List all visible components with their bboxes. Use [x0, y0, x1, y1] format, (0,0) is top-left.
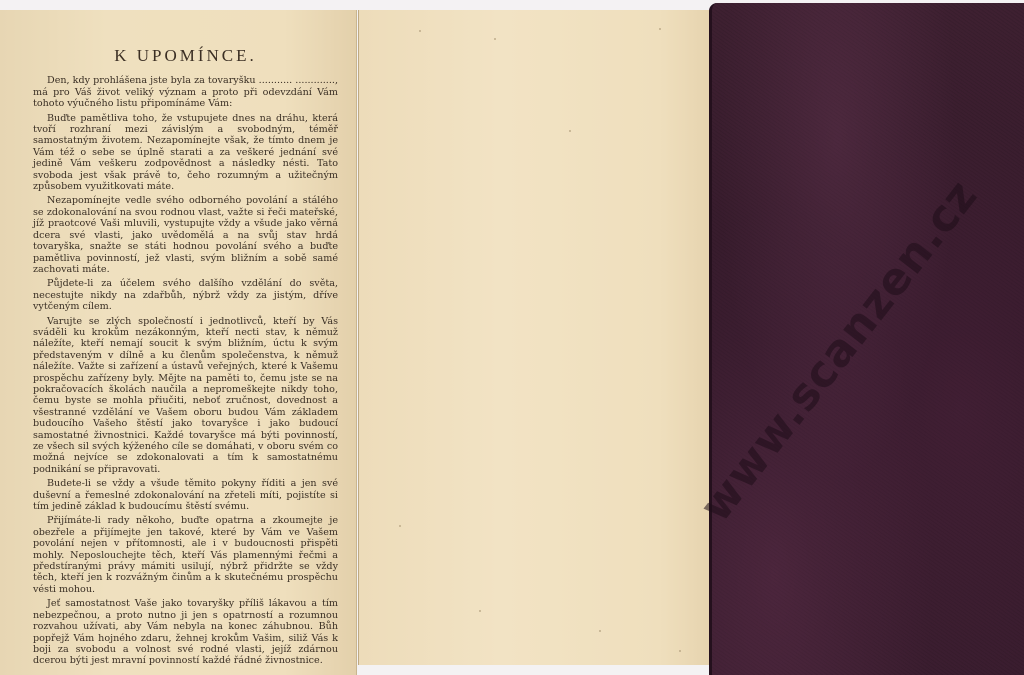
- paper-speck: [494, 38, 496, 40]
- paper-speck: [479, 610, 481, 612]
- paragraph: Den, kdy prohlášena jste byla za tovaryš…: [33, 75, 338, 109]
- paragraph: Varujte se zlých společností i jednotliv…: [33, 316, 338, 476]
- document-title: K UPOMÍNCE.: [33, 50, 338, 61]
- paper-speck: [679, 650, 681, 652]
- paragraph: Nezapomínejte vedle svého odborného povo…: [33, 195, 338, 275]
- blank-middle-page: [358, 10, 713, 665]
- paper-speck: [569, 130, 571, 132]
- paragraph: Jeť samostatnost Vaše jako tovaryšky pří…: [33, 598, 338, 666]
- paragraph: Buďte pamětliva toho, že vstupujete dnes…: [33, 113, 338, 193]
- paper-speck: [659, 28, 661, 30]
- paragraph: Přijímáte-li rady někoho, buďte opatrna …: [33, 515, 338, 595]
- paragraph: Půjdete-li za účelem svého dalšího vzděl…: [33, 278, 338, 312]
- document-text: K UPOMÍNCE. Den, kdy prohlášena jste byl…: [33, 50, 338, 670]
- paper-speck: [399, 525, 401, 527]
- paragraph: Budete-li se vždy a všude těmito pokyny …: [33, 478, 338, 512]
- paper-speck: [599, 630, 601, 632]
- paper-speck: [419, 30, 421, 32]
- scanned-booklet-spread: www.scanzen.cz K UPOMÍNCE. Den, kdy proh…: [0, 0, 1024, 675]
